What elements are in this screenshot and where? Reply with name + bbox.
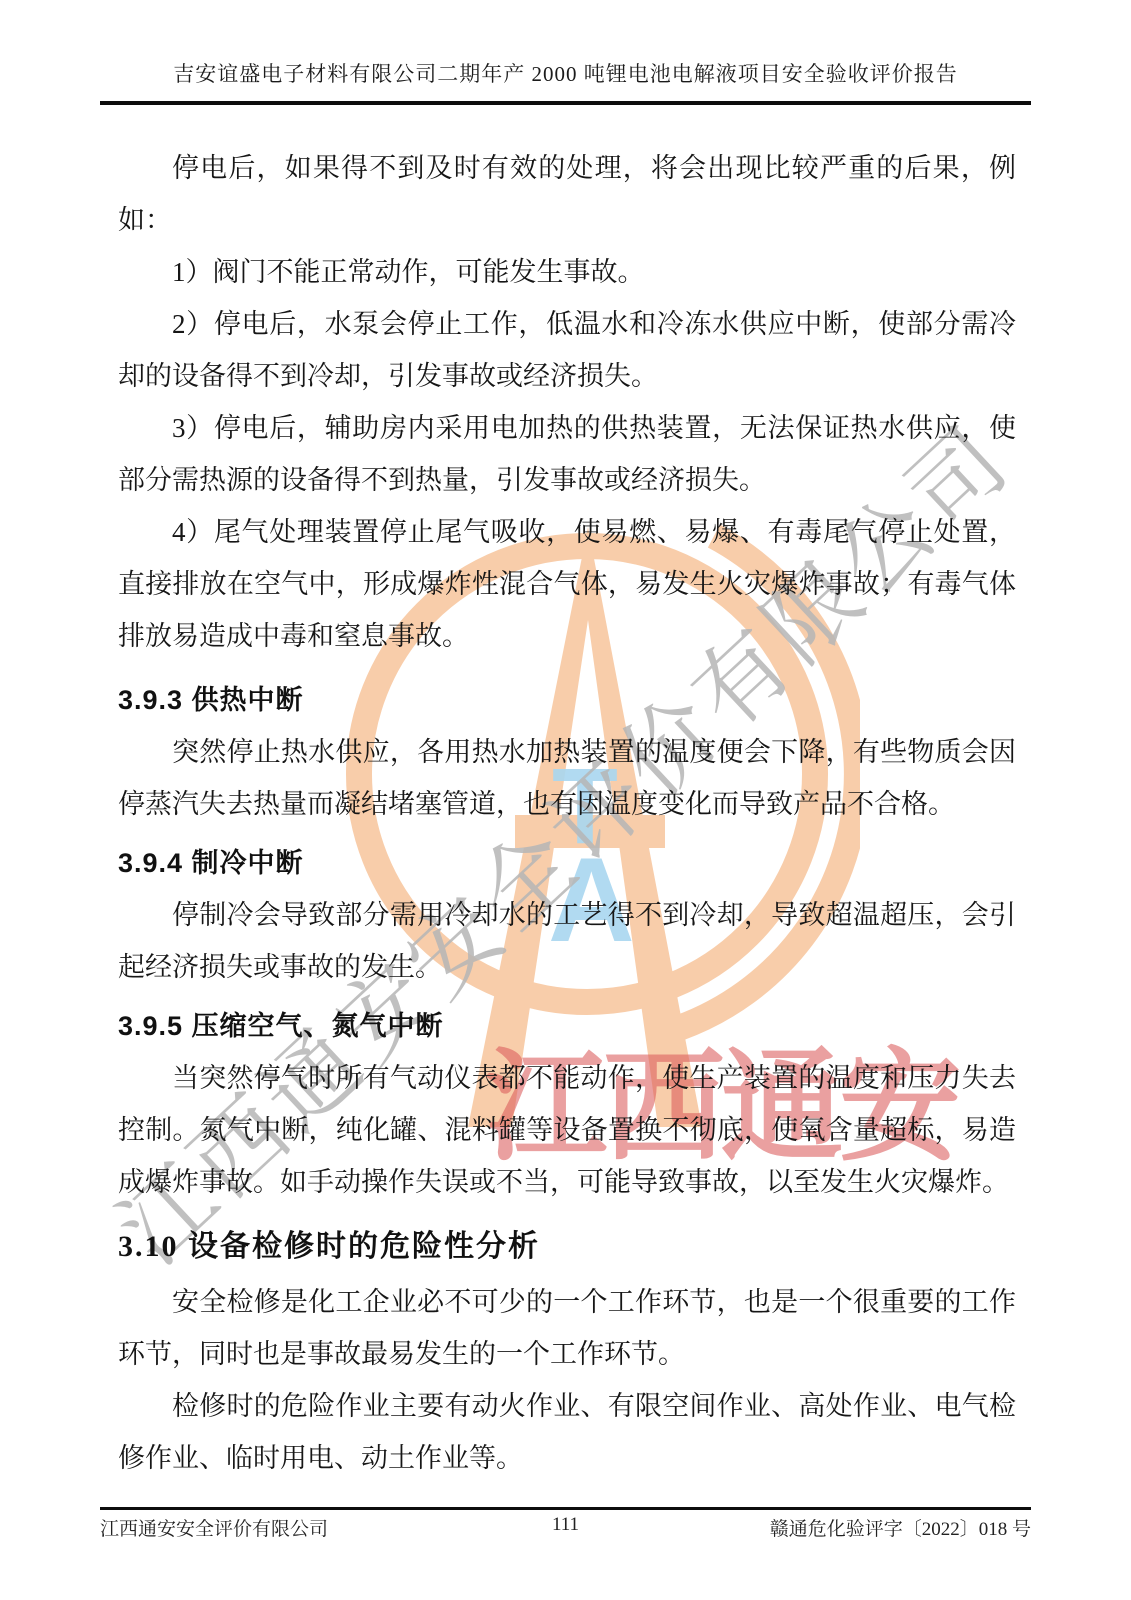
document-page: T A 江西通安安全评价有限公司 江西通安 吉安谊盛电子材料有限公司二期年产 2… <box>0 0 1131 1600</box>
paragraph: 检修时的危险作业主要有动火作业、有限空间作业、高处作业、电气检修作业、临时用电、… <box>118 1380 1016 1484</box>
list-item-2: 2）停电后，水泵会停止工作，低温水和冷冻水供应中断，使部分需冷却的设备得不到冷却… <box>118 298 1016 402</box>
paragraph: 停制冷会导致部分需用冷却水的工艺得不到冷却，导致超温超压，会引起经济损失或事故的… <box>118 889 1016 993</box>
report-header-title: 吉安谊盛电子材料有限公司二期年产 2000 吨锂电池电解液项目安全验收评价报告 <box>0 58 1131 88</box>
paragraph: 突然停止热水供应，各用热水加热装置的温度便会下降，有些物质会因停蒸汽失去热量而凝… <box>118 726 1016 830</box>
section-heading-394: 3.9.4 制冷中断 <box>118 837 1016 889</box>
footer: 111 江西通安安全评价有限公司 赣通危化验评字〔2022〕018 号 <box>100 1514 1031 1541</box>
header-rule <box>100 101 1031 105</box>
list-item-3: 3）停电后，辅助房内采用电加热的供热装置，无法保证热水供应，使部分需热源的设备得… <box>118 402 1016 506</box>
footer-doc-number: 赣通危化验评字〔2022〕018 号 <box>770 1514 1031 1541</box>
paragraph: 停电后，如果得不到及时有效的处理，将会出现比较严重的后果，例如： <box>118 142 1016 246</box>
section-heading-395: 3.9.5 压缩空气、氮气中断 <box>118 1000 1016 1052</box>
report-body: 停电后，如果得不到及时有效的处理，将会出现比较严重的后果，例如： 1）阀门不能正… <box>118 142 1016 1484</box>
footer-rule <box>100 1507 1031 1510</box>
paragraph: 当突然停气时所有气动仪表都不能动作，使生产装置的温度和压力失去控制。氮气中断，纯… <box>118 1052 1016 1208</box>
section-heading-310: 3.10 设备检修时的危险性分析 <box>118 1218 1016 1276</box>
list-item-4: 4）尾气处理装置停止尾气吸收，使易燃、易爆、有毒尾气停止处置，直接排放在空气中，… <box>118 506 1016 662</box>
section-heading-393: 3.9.3 供热中断 <box>118 674 1016 726</box>
footer-company: 江西通安安全评价有限公司 <box>100 1514 328 1541</box>
list-item-1: 1）阀门不能正常动作，可能发生事故。 <box>118 246 1016 298</box>
paragraph: 安全检修是化工企业必不可少的一个工作环节，也是一个很重要的工作环节，同时也是事故… <box>118 1276 1016 1380</box>
